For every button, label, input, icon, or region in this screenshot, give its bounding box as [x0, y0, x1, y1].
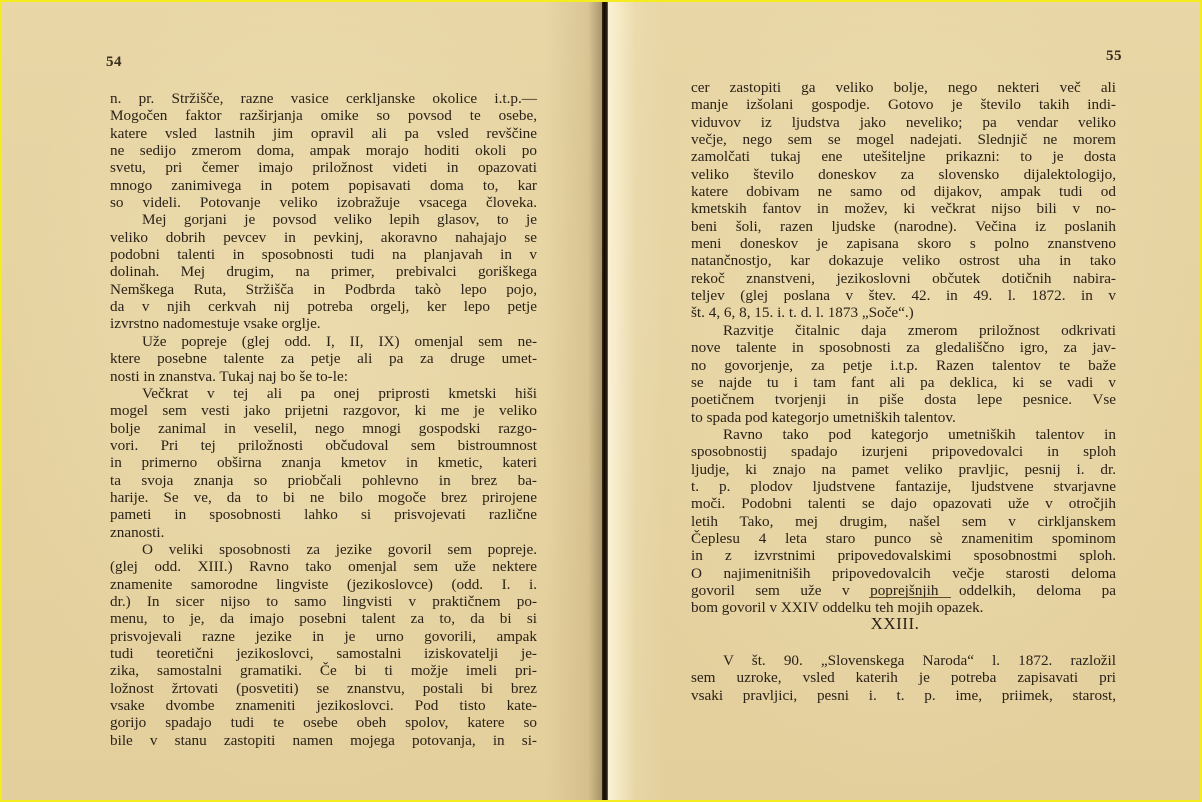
text-line: manje izšolani gospodje. Gotovo je števi… [691, 96, 1116, 113]
text-line: tudi teoretični jezikoslovci, samostalni… [110, 645, 537, 662]
text-line: zamolčati tukaj ene utešiteljne prikazni… [691, 148, 1116, 165]
section-body-text: V št. 90. „Slovenskega Naroda“ l. 1872. … [691, 652, 1116, 704]
right-page: 55 cer zastopiti ga veliko bolje, nego n… [606, 2, 1200, 800]
text-line: se najde tu i tam fant ali pa deklica, k… [691, 374, 1116, 391]
text-line: svetu, pri čemer imajo priložnost videti… [110, 159, 537, 176]
page-number: 54 [106, 54, 122, 71]
text-line: pameti in sposobnosti lahko si prisvojev… [110, 506, 537, 523]
section-heading: XXIII. [606, 614, 1200, 634]
text-line: Ravno tako pod kategorjo umetniških tale… [691, 426, 1116, 443]
page-number: 55 [1106, 48, 1122, 65]
text-line: veliko dobrih pevcev in pevkinj, akoravn… [110, 229, 537, 246]
text-line: podobni talenti in sposobnosti tudi na p… [110, 246, 537, 263]
text-line: izvrstno nadomestuje vsake orglje. [110, 315, 537, 332]
text-line: dolinah. Mej drugim, na primer, prebival… [110, 263, 537, 280]
text-line: dr.) In sicer nijso to samo lingvisti v … [110, 593, 537, 610]
text-line: št. 4, 6, 8, 15. i. t. d. l. 1873 „Soče“… [691, 304, 1116, 321]
text-line: teljev (glej poslana v štev. 42. in 49. … [691, 287, 1116, 304]
text-line: in primerno obširna znanja kmetov in kme… [110, 454, 537, 471]
text-line: V št. 90. „Slovenskega Naroda“ l. 1872. … [691, 652, 1116, 669]
text-line: no govorjenje, za petje i.t.p. Razen tal… [691, 357, 1116, 374]
text-line: Čeplesu 4 leta staro punco sè znamenitim… [691, 530, 1116, 547]
text-line: Nemškega Ruta, Stržišča in Podbrda takò … [110, 281, 537, 298]
text-line: ne sedijo zmerom doma, ampak morajo hodi… [110, 142, 537, 159]
left-page: 54 n. pr. Stržišče, razne vasice cerklja… [2, 2, 606, 800]
section-divider [869, 597, 951, 598]
book-gutter [602, 2, 608, 800]
text-line: zika, samostalni gramatiki. Če bi ti mož… [110, 662, 537, 679]
text-line: ložnost žrtovati (posvetiti) se znanstvu… [110, 680, 537, 697]
text-line: to spada pod kategorjo umetniških talent… [691, 409, 1116, 426]
text-line: bile v stanu zastopiti namen mojega poto… [110, 732, 537, 749]
text-line: (glej odd. XIII.) Ravno tako omenjal sem… [110, 558, 537, 575]
text-line: poetičnem tvorjenji in piše dosta lepe p… [691, 391, 1116, 408]
text-line: menu, to je, da imajo posebni talent za … [110, 610, 537, 627]
section-heading-text: XXIII. [871, 614, 920, 633]
text-line: meni doneskov je zapisana skoro s polno … [691, 235, 1116, 252]
text-line: Razvitje čitalnic daja zmerom priložnost… [691, 322, 1116, 339]
text-line: mnogo zanimivega in potem popisavati dom… [110, 177, 537, 194]
text-line: da v njih cerkvah nij potreba orgelj, ke… [110, 298, 537, 315]
text-line: moči. Podobni talenti se dajo opazovati … [691, 495, 1116, 512]
text-line: ta svoja znanja so priobčali pohlevno in… [110, 472, 537, 489]
text-line: mogel sem vesti jako prijetni razgovor, … [110, 402, 537, 419]
text-line: Mej gorjani je povsod veliko lepih glaso… [110, 211, 537, 228]
text-line: O najimenitniših pripovedovalcih večje s… [691, 565, 1116, 582]
body-text: cer zastopiti ga veliko bolje, nego nekt… [691, 79, 1116, 617]
text-line: beni šoli, razen ljudske (narodne). Veči… [691, 218, 1116, 235]
text-line: letih Tako, mej drugim, našel sem v cirk… [691, 513, 1116, 530]
text-line: harije. Se ve, da to bi ne bilo mogoče b… [110, 489, 537, 506]
text-line: veliko število doneskov za slovensko dij… [691, 166, 1116, 183]
text-line: in z izvrstnimi pripovedovalskimi sposob… [691, 547, 1116, 564]
text-line: Večkrat v tej ali pa onej priprosti kmet… [110, 385, 537, 402]
text-line: vori. Pri tej priložnosti občudoval sem … [110, 437, 537, 454]
text-line: nove talente in sposobnosti za gledališč… [691, 339, 1116, 356]
text-line: gorijo spadajo tudi te osebe obeh spolov… [110, 714, 537, 731]
text-line: O veliki sposobnosti za jezike govoril s… [110, 541, 537, 558]
gutter-shadow [546, 2, 606, 800]
text-line: cer zastopiti ga veliko bolje, nego nekt… [691, 79, 1116, 96]
text-line: vsake dvombe znameniti jezikoslovci. Pod… [110, 697, 537, 714]
text-line: Mogočen faktor razširjanja omike so povs… [110, 107, 537, 124]
text-line: n. pr. Stržišče, razne vasice cerkljansk… [110, 90, 537, 107]
text-line: katere vsled lastnih jim opravil ali pa … [110, 125, 537, 142]
text-line: znamenite samorodne lingviste (jezikoslo… [110, 576, 537, 593]
text-line: nosti in znanstva. Tukaj naj bo še to-le… [110, 368, 537, 385]
body-text: n. pr. Stržišče, razne vasice cerkljansk… [110, 90, 537, 749]
text-line: katere dobivam ne samo od dijakov, ampak… [691, 183, 1116, 200]
text-line: večje, nego sem se mogel nadejati. Sledn… [691, 131, 1116, 148]
text-line: vsaki pravljici, pesni i. t. p. ime, pri… [691, 687, 1116, 704]
text-line: kmetskih fantov in možev, ki večkrat nij… [691, 200, 1116, 217]
text-line: viduvov iz ljudstva jako neveliko; pa ve… [691, 114, 1116, 131]
text-line: t. p. plodov ljudstvene fantazije, ljuds… [691, 478, 1116, 495]
text-line: sem uzroke, vsled katerih je potreba zap… [691, 669, 1116, 686]
text-line: rekoč znanstveni, jezikoslovni občutek d… [691, 270, 1116, 287]
text-line: Uže popreje (glej odd. I, II, IX) omenja… [110, 333, 537, 350]
text-line: znanosti. [110, 524, 537, 541]
text-line: bolje zanimal in veselil, nego mnogi gos… [110, 420, 537, 437]
text-line: prisvojevali razne jezike in je urno gov… [110, 628, 537, 645]
text-line: natančnostjo, kar dokazuje veliko ostros… [691, 252, 1116, 269]
gutter-highlight [606, 2, 666, 800]
text-line: so videli. Potovanje veliko izobražuje v… [110, 194, 537, 211]
text-line: ktere posebne talente za petje ali pa za… [110, 350, 537, 367]
text-line: sposobnostij spadajo izurjeni pripovedov… [691, 443, 1116, 460]
book-spread: 54 n. pr. Stržišče, razne vasice cerklja… [2, 2, 1200, 800]
text-line: ljudje, ki znajo na pamet veliko pravlji… [691, 461, 1116, 478]
